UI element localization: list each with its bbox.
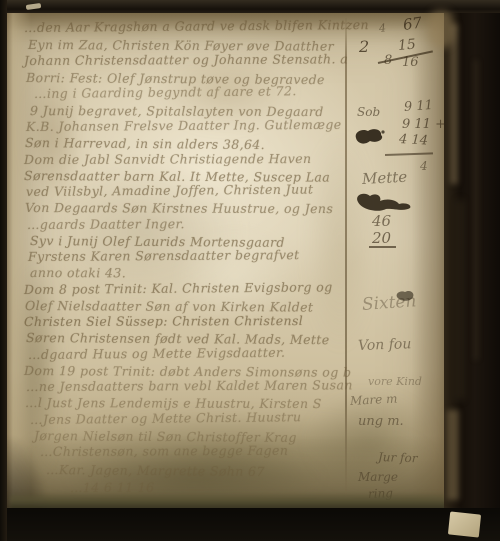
manuscript-line: Dom die Jabl Sanvidt Christiagende Haven <box>24 151 312 167</box>
book-spine-left <box>0 0 7 541</box>
manuscript-line: ved Viilsbyl, Amadine Joffen, Christen J… <box>26 181 314 199</box>
margin-note: Von fou <box>358 336 412 354</box>
margin-note: 9 11 + <box>402 117 446 132</box>
margin-note: 9 11 <box>403 98 433 115</box>
manuscript-line: …dgaard Huus og Mette Evigsdaatter. <box>28 345 286 362</box>
manuscript-line: …gaards Daatter Inger. <box>27 216 185 232</box>
ink-blot <box>352 126 386 148</box>
margin-note: 20 <box>372 229 391 247</box>
margin-note: 15 <box>397 36 416 53</box>
margin-note: ung m. <box>358 414 404 429</box>
manuscript-line: Dom 8 post Trinit: Kal. Christen Evigsbo… <box>24 279 333 297</box>
manuscript-line: …Christensøn, som ane begge Fagen <box>40 443 288 459</box>
manuscript-line: Von Degaards Søn Kirstnes Huustrue, og J… <box>25 200 333 216</box>
margin-note: Mare m <box>350 392 398 408</box>
manuscript-line: …den Aar Kragshøn a Gaard ve dask blifen… <box>24 17 369 35</box>
manuscript-line: Olef Nielsdaatter Søn af von Kirken Kald… <box>25 298 313 315</box>
page-stack-edge <box>450 24 458 184</box>
page-stack-edge <box>474 60 478 360</box>
underline-mark <box>369 246 396 248</box>
ink-blot <box>394 288 416 304</box>
manuscript-line: …ne Jensdaatters barn vebl Kaldet Maren … <box>26 377 353 394</box>
manuscript-line: …Jens Daatter og Mette Christ. Huustru <box>30 409 302 427</box>
margin-note: 4 <box>378 21 386 35</box>
manuscript-photo: …den Aar Kragshøn a Gaard ve dask blifen… <box>0 0 500 541</box>
margin-note: 4 14 <box>399 132 429 148</box>
margin-note: Jur for <box>378 450 418 465</box>
top-right-corner-highlight <box>428 10 454 48</box>
manuscript-line: Christen Siel Süssep: Christen Christens… <box>24 313 303 329</box>
book-edge-top <box>0 0 500 13</box>
margin-note: 46 <box>372 212 391 230</box>
margin-note: 67 <box>402 13 423 33</box>
manuscript-line: …Kar. Jagen, Margrette Søhn 67 <box>46 462 265 479</box>
book-edge-bottom <box>0 508 500 541</box>
margin-note: Sob <box>357 105 380 119</box>
margin-note: Marge <box>358 470 398 484</box>
manuscript-line: Fyrstens Karen Sørensdaatter begrafvet <box>28 247 300 264</box>
book-binding-right <box>444 0 500 541</box>
manuscript-line: K.B. Johansen Frelsve Daatter Ing. Gutle… <box>26 117 342 134</box>
manuscript-line: …ing i Gaarding begyndt af aare et 72. <box>34 83 297 101</box>
manuscript-line: Søn i Harrevad, in sin alders 38,64. <box>25 135 265 152</box>
underlying-page-corner <box>448 511 481 537</box>
page-stack-edge <box>447 410 459 500</box>
manuscript-line: Johann Christensdaatter og Johanne Stens… <box>24 51 348 68</box>
margin-note: 2 <box>359 37 369 56</box>
margin-note: vore Kind <box>368 375 422 388</box>
margin-rule-line <box>345 18 347 500</box>
ink-blot <box>352 188 414 214</box>
manuscript-line: anno otaki 43. <box>30 265 126 280</box>
margin-note: 4 <box>420 159 428 173</box>
margin-note: Mette <box>362 168 408 188</box>
page-stack-edge <box>458 200 463 400</box>
